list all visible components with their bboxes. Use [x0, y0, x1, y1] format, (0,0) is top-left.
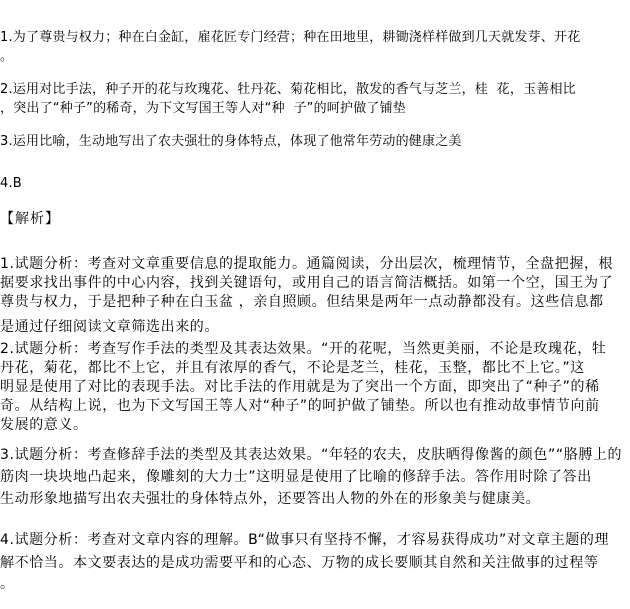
answer-4-line-1: 4.B: [0, 174, 628, 193]
answer-2-line-1: 2.运用对比手法，种子开的花与玫瑰花、牡丹花、菊花相比，散发的香气与芝兰，桂 花…: [0, 80, 628, 99]
analysis-4-line-2: 解不恰当。本文要表达的是成功需要平和的心态、万物的成长要顺其自然和关注做事的过程…: [0, 554, 628, 573]
answer-3-line-1: 3.运用比喻，生动地写出了农夫强壮的身体特点，体现了他常年劳动的健康之美: [0, 132, 628, 151]
analysis-2-line-2: 丹花，菊花，都比不上它，并且有浓厚的香气，不论是芝兰，桂花，玉整，都比不上它。”…: [0, 359, 628, 378]
analysis-1: 1.试题分析：考查对文章重要信息的提取能力。通篇阅读，分出层次，梳理情节，全盘把…: [0, 255, 628, 337]
analysis-3-line-2: 筋肉一块块地凸起来，像雕刻的大力士”这明显是使用了比喻的修辞手法。答作用时除了答…: [0, 468, 628, 487]
analysis-1-line-2: 据要求找出事件的中心内容，找到关键语句，或用自己的语言简洁概括。如第一个空，国王…: [0, 274, 628, 293]
analysis-3-line-3: 生动形象地描写出农夫强壮的身体特点外，还要答出人物的外在的形象美与健康美。: [0, 490, 628, 509]
answer-document: 1.为了尊贵与权力；种在白金缸，雇花匠专门经营；种在田地里，耕锄浇样样做到几天就…: [0, 0, 630, 609]
analysis-4: 4.试题分析：考查对文章内容的理解。B“做事只有坚持不懈，才容易获得成功”对文章…: [0, 531, 628, 594]
answer-2: 2.运用对比手法，种子开的花与玫瑰花、牡丹花、菊花相比，散发的香气与芝兰，桂 花…: [0, 80, 628, 118]
answer-1-line-2: 。: [0, 47, 628, 66]
analysis-1-line-1: 1.试题分析：考查对文章重要信息的提取能力。通篇阅读，分出层次，梳理情节，全盘把…: [0, 255, 628, 274]
answer-1-line-1: 1.为了尊贵与权力；种在白金缸，雇花匠专门经营；种在田地里，耕锄浇样样做到几天就…: [0, 28, 628, 47]
answer-3: 3.运用比喻，生动地写出了农夫强壮的身体特点，体现了他常年劳动的健康之美: [0, 132, 628, 151]
analysis-heading-block: 【解析】: [0, 210, 628, 229]
answer-1: 1.为了尊贵与权力；种在白金缸，雇花匠专门经营；种在田地里，耕锄浇样样做到几天就…: [0, 28, 628, 66]
answer-4: 4.B: [0, 174, 628, 193]
analysis-2-line-3: 明显是使用了对比的表现手法。对比手法的作用就是为了突出一个方面，即突出了“种子”…: [0, 378, 628, 397]
analysis-4-line-1: 4.试题分析：考查对文章内容的理解。B“做事只有坚持不懈，才容易获得成功”对文章…: [0, 531, 628, 550]
answer-2-line-2: ，突出了“种子”的稀奇，为下文写国王等人对“种 子”的呵护做了铺垫: [0, 99, 628, 118]
analysis-1-line-4: 是通过仔细阅读文章筛选出来的。: [0, 318, 628, 337]
analysis-2-line-5: 发展的意义。: [0, 416, 628, 435]
analysis-3-line-1: 3.试题分析：考查修辞手法的类型及其表达效果。“年轻的农夫，皮肤晒得像酱的颜色”…: [0, 446, 628, 465]
analysis-2-line-4: 奇。从结构上说，也为下文写国王等人对“种子”的呵护做了铺垫。所以也有推动故事情节…: [0, 397, 628, 416]
analysis-1-line-3: 尊贵与权力，于是把种子种在白玉盆 ，亲自照顾。但结果是两年一点动静都没有。这些信…: [0, 293, 628, 312]
analysis-heading: 【解析】: [0, 210, 628, 229]
analysis-2: 2.试题分析：考查写作手法的类型及其表达效果。“开的花呢，当然更美丽，不论是玫瑰…: [0, 340, 628, 435]
analysis-4-line-3: 。: [0, 575, 628, 594]
analysis-2-line-1: 2.试题分析：考查写作手法的类型及其表达效果。“开的花呢，当然更美丽，不论是玫瑰…: [0, 340, 628, 359]
analysis-3: 3.试题分析：考查修辞手法的类型及其表达效果。“年轻的农夫，皮肤晒得像酱的颜色”…: [0, 446, 628, 509]
